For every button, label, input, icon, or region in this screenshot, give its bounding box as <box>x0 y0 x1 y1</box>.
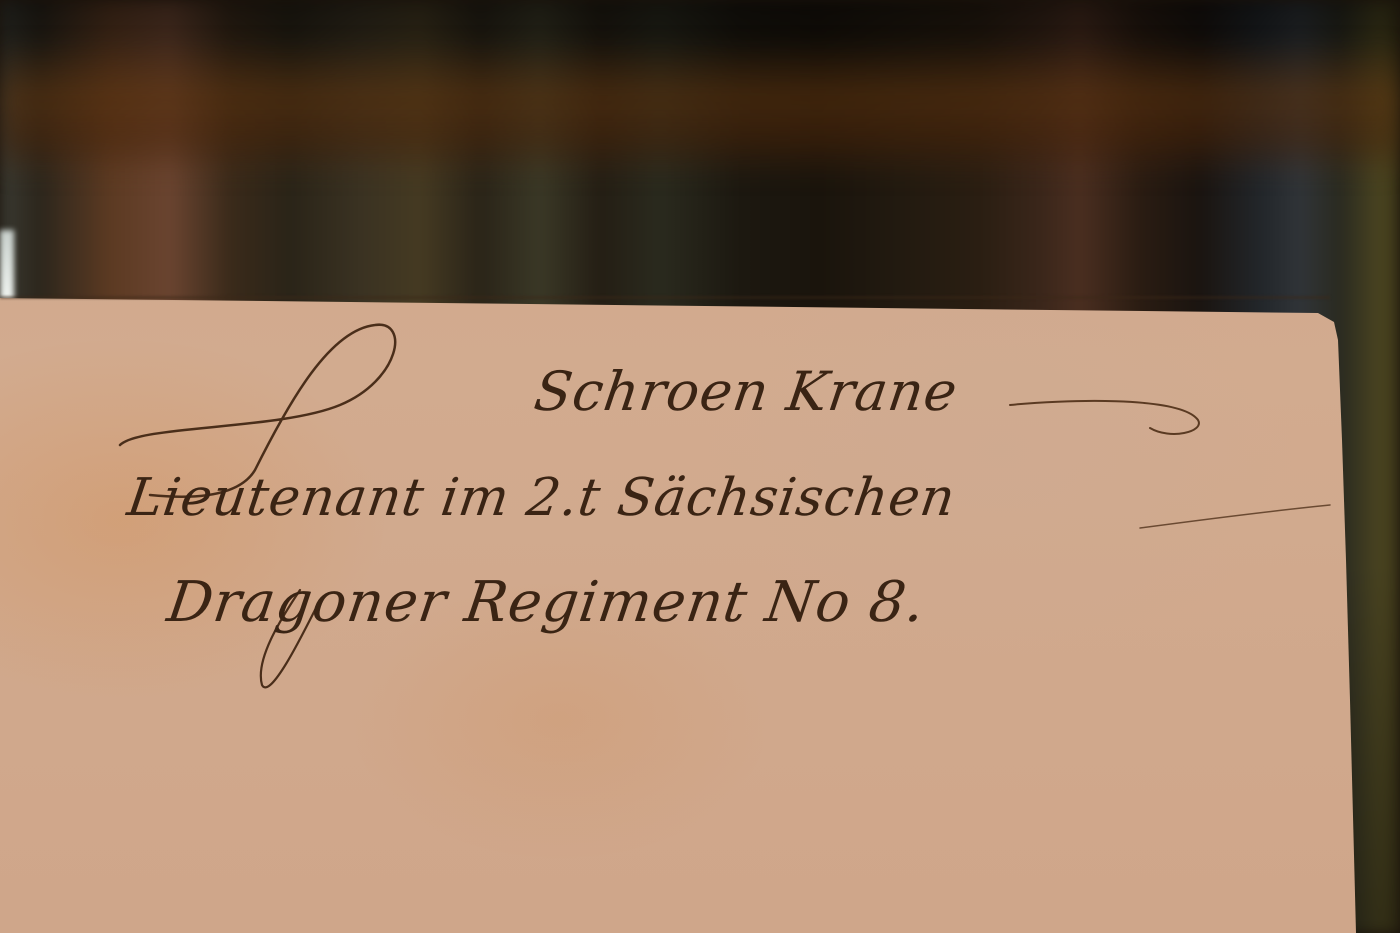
inscription-line-name: Schroen Krane <box>531 360 962 423</box>
bookshelf-shelf-blur <box>0 40 1400 180</box>
inscription-line-regiment: Dragoner Regiment No 8. <box>163 570 929 635</box>
background-highlight <box>0 230 14 300</box>
inscription-line-rank: Lieutenant im 2.t Sächsischen <box>124 468 960 528</box>
paper-top-edge <box>0 296 1330 299</box>
